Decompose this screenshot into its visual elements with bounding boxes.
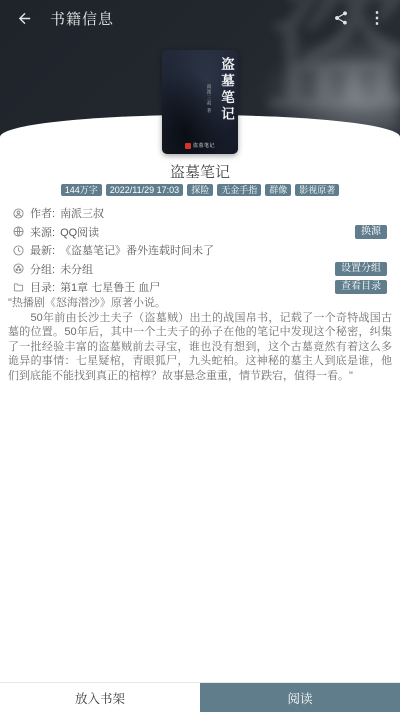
- book-info-screen: 盗 书籍信息 ⋮ 盗墓笔记 南派三叔 著 盗墓笔记 盗墓笔记 144万字 202…: [0, 0, 400, 715]
- group-value: 未分组: [60, 261, 93, 277]
- latest-clock-icon: [13, 245, 24, 256]
- tag-genre-4: 影视原著: [295, 184, 339, 196]
- tag-updated: 2022/11/29 17:03: [106, 184, 183, 196]
- tag-wordcount: 144万字: [61, 184, 102, 196]
- info-section: 作者: 南派三叔 来源: QQ阅读 换源 最新: 《盗墓笔记》番外连载时间未了 …: [13, 204, 387, 297]
- book-intro[interactable]: "热播剧《怒海潜沙》原著小说。 50年前由长沙土夫子（盗墓贼）出土的战国帛书，记…: [8, 296, 392, 384]
- app-bar: 书籍信息 ⋮: [0, 0, 400, 36]
- change-source-button[interactable]: 换源: [355, 225, 387, 239]
- share-icon[interactable]: [328, 5, 354, 31]
- read-button[interactable]: 阅读: [200, 683, 400, 712]
- menu-kebab-icon[interactable]: ⋮: [364, 5, 390, 31]
- author-label: 作者:: [30, 205, 55, 221]
- group-label: 分组:: [30, 261, 55, 277]
- toc-row: 目录: 第1章 七星鲁王 血尸 查看目录: [13, 278, 387, 297]
- source-globe-icon: [13, 226, 24, 237]
- author-value: 南派三叔: [60, 205, 104, 221]
- source-row: 来源: QQ阅读 换源: [13, 223, 387, 242]
- tag-genre-3: 群像: [265, 184, 291, 196]
- book-cover[interactable]: 盗墓笔记 南派三叔 著 盗墓笔记: [162, 50, 238, 154]
- cover-publisher-logo: 盗墓笔记: [162, 142, 238, 149]
- group-icon: [13, 263, 24, 274]
- author-row: 作者: 南派三叔: [13, 204, 387, 223]
- latest-value: 《盗墓笔记》番外连载时间未了: [60, 242, 214, 258]
- tag-genre-2: 无金手指: [217, 184, 261, 196]
- author-icon: [13, 208, 24, 219]
- page-title: 书籍信息: [50, 8, 114, 29]
- source-value: QQ阅读: [60, 224, 99, 240]
- cover-byline: 南派三叔 著: [206, 84, 212, 114]
- toc-value: 第1章 七星鲁王 血尸: [60, 279, 160, 295]
- intro-line-1: "热播剧《怒海潜沙》原著小说。: [8, 296, 392, 311]
- latest-chapter-row: 最新: 《盗墓笔记》番外连载时间未了: [13, 241, 387, 260]
- publisher-logo-icon: [185, 143, 191, 149]
- latest-label: 最新:: [30, 242, 55, 258]
- cover-vertical-title: 盗墓笔记: [220, 57, 234, 123]
- toc-folder-icon: [13, 282, 24, 293]
- view-toc-button[interactable]: 查看目录: [335, 280, 387, 294]
- intro-line-2: 50年前由长沙土夫子（盗墓贼）出土的战国帛书，记载了一个奇特战国古墓的位置。50…: [8, 311, 392, 384]
- publisher-logo-text: 盗墓笔记: [193, 142, 215, 149]
- toc-label: 目录:: [30, 279, 55, 295]
- back-arrow-icon[interactable]: [12, 6, 36, 30]
- tag-row: 144万字 2022/11/29 17:03 探险 无金手指 群像 影视原著: [0, 184, 400, 196]
- book-title: 盗墓笔记: [0, 161, 400, 182]
- bottom-action-bar: 放入书架 阅读: [0, 682, 400, 712]
- source-label: 来源:: [30, 224, 55, 240]
- tag-genre-1: 探险: [187, 184, 213, 196]
- group-row: 分组: 未分组 设置分组: [13, 260, 387, 279]
- add-to-shelf-button[interactable]: 放入书架: [0, 683, 200, 712]
- set-group-button[interactable]: 设置分组: [335, 262, 387, 276]
